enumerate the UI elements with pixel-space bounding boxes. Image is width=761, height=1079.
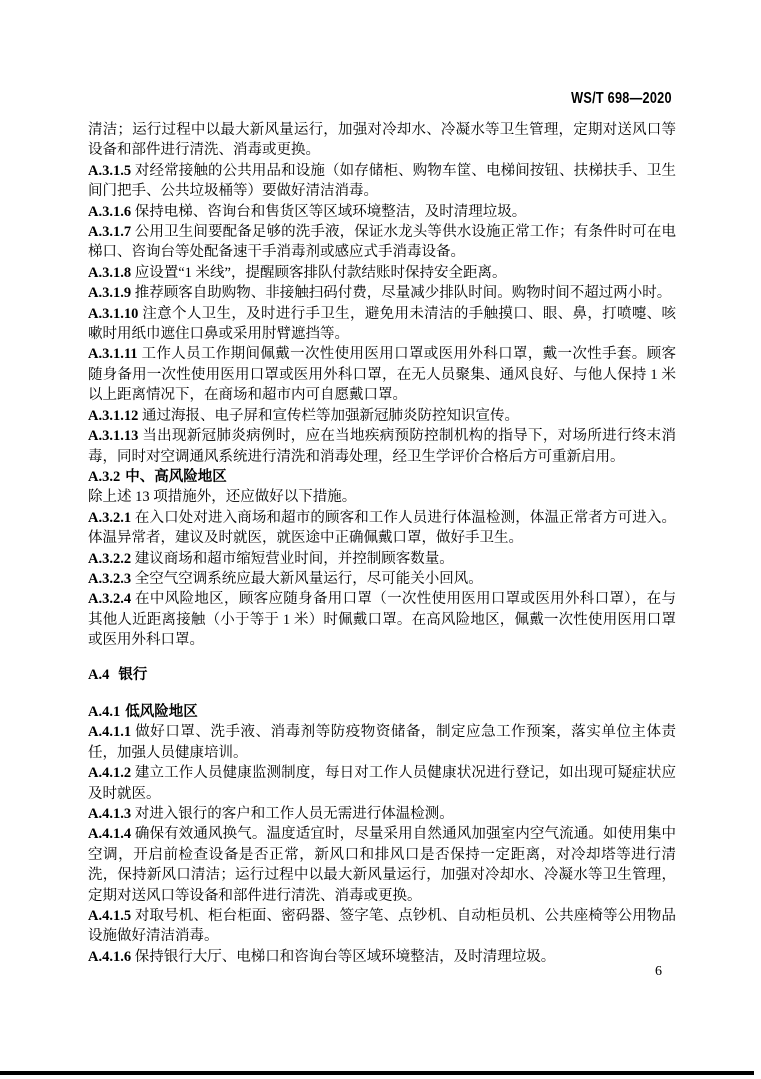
paragraph-text: 做好口罩、洗手液、消毒剂等防疫物资储备，制定应急工作预案，落实单位主体责任，加强… xyxy=(88,724,676,760)
paragraph-text: 应设置“1 米线”，提醒顾客排队付款结账时保持安全距离。 xyxy=(131,265,506,281)
paragraph: 除上述 13 项措施外，还应做好以下措施。 xyxy=(88,487,676,507)
paragraph-text: 保持电梯、咨询台和售货区等区域环境整洁，及时清理垃圾。 xyxy=(131,204,526,220)
clause-number: A.3.1.7 xyxy=(88,224,131,240)
paragraph: A.3.1.8 应设置“1 米线”，提醒顾客排队付款结账时保持安全距离。 xyxy=(88,263,676,283)
paragraph: A.4.1.1 做好口罩、洗手液、消毒剂等防疫物资储备，制定应急工作预案，落实单… xyxy=(88,722,676,763)
paragraph-text: 通过海报、电子屏和宣传栏等加强新冠肺炎防控知识宣传。 xyxy=(138,408,519,424)
document-body: 清洁；运行过程中以最大新风量运行，加强对冷却水、冷凝水等卫生管理，定期对送风口等… xyxy=(88,120,676,967)
paragraph: A.3.1.7 公用卫生间要配备足够的洗手液，保证水龙头等供水设施正常工作；有条… xyxy=(88,222,676,263)
paragraph: A.3.1.9 推荐顾客自助购物、非接触扫码付费，尽量减少排队时间。购物时间不超… xyxy=(88,283,676,303)
clause-number: A.4.1.2 xyxy=(88,765,131,781)
paragraph-text: 建议商场和超市缩短营业时间，并控制顾客数量。 xyxy=(131,551,454,567)
paragraph-text: 中、高风险地区 xyxy=(125,469,227,485)
clause-number: A.3.2.3 xyxy=(88,571,131,587)
clause-number: A.3.1.9 xyxy=(88,285,131,301)
paragraph: A.3.2.1 在入口处对进入商场和超市的顾客和工作人员进行体温检测，体温正常者… xyxy=(88,508,676,549)
clause-number: A.3.2.4 xyxy=(88,591,131,607)
paragraph-text: 注意个人卫生，及时进行手卫生，避免用未清洁的手触摸口、眼、鼻，打喷嚏、咳嗽时用纸… xyxy=(88,306,676,342)
clause-number: A.4.1.5 xyxy=(88,908,131,924)
paragraph: A.4.1.3 对进入银行的客户和工作人员无需进行体温检测。 xyxy=(88,804,676,824)
paragraph-text: 确保有效通风换气。温度适宜时，尽量采用自然通风加强室内空气流通。如使用集中空调，… xyxy=(88,826,676,903)
clause-number: A.3.1.5 xyxy=(88,163,131,179)
paragraph: A.4.1.2 建立工作人员健康监测制度，每日对工作人员健康状况进行登记，如出现… xyxy=(88,763,676,804)
paragraph: A.4.1.5 对取号机、柜台柜面、密码器、签字笔、点钞机、自动柜员机、公共座椅… xyxy=(88,906,676,947)
paragraph: A.3.1.11 工作人员工作期间佩戴一次性使用医用口罩或医用外科口罩，戴一次性… xyxy=(88,344,676,405)
paragraph-text: 低风险地区 xyxy=(125,704,198,720)
paragraph-text: 当出现新冠肺炎病例时，应在当地疾病预防控制机构的指导下，对场所进行终末消毒，同时… xyxy=(88,428,676,464)
clause-number: A.4 xyxy=(88,667,109,683)
clause-number: A.4.1.1 xyxy=(88,724,131,740)
clause-number: A.4.1.6 xyxy=(88,949,131,965)
paragraph: A.3.1.13 当出现新冠肺炎病例时，应在当地疾病预防控制机构的指导下，对场所… xyxy=(88,426,676,467)
paragraph-text: 对经常接触的公共用品和设施（如存储柜、购物车筐、电梯间按钮、扶梯扶手、卫生间门把… xyxy=(88,163,676,199)
paragraph-text: 对取号机、柜台柜面、密码器、签字笔、点钞机、自动柜员机、公共座椅等公用物品设施做… xyxy=(88,908,676,944)
paragraph-text: 推荐顾客自助购物、非接触扫码付费，尽量减少排队时间。购物时间不超过两小时。 xyxy=(131,285,671,301)
clause-number: A.3.2.1 xyxy=(88,510,131,526)
section-heading: A.4.1低风险地区 xyxy=(88,702,676,722)
paragraph-text: 在入口处对进入商场和超市的顾客和工作人员进行体温检测，体温正常者方可进入。体温异… xyxy=(88,510,676,546)
paragraph-text: 在中风险地区，顾客应随身备用口罩（一次性使用医用口罩或医用外科口罩），在与其他人… xyxy=(88,591,676,648)
page-number: 6 xyxy=(88,964,676,980)
paragraph: A.3.1.5 对经常接触的公共用品和设施（如存储柜、购物车筐、电梯间按钮、扶梯… xyxy=(88,161,676,202)
paragraph: A.4.1.4 确保有效通风换气。温度适宜时，尽量采用自然通风加强室内空气流通。… xyxy=(88,824,676,906)
paragraph: A.3.1.6 保持电梯、咨询台和售货区等区域环境整洁，及时清理垃圾。 xyxy=(88,202,676,222)
paragraph: 清洁；运行过程中以最大新风量运行，加强对冷却水、冷凝水等卫生管理，定期对送风口等… xyxy=(88,120,676,161)
clause-number: A.3.1.6 xyxy=(88,204,131,220)
paragraph-text: 保持银行大厅、电梯口和咨询台等区域环境整洁，及时清理垃圾。 xyxy=(131,949,555,965)
paragraph-text: 银行 xyxy=(118,667,147,683)
paragraph: A.3.2.3 全空气空调系统应最大新风量运行，尽可能关小回风。 xyxy=(88,569,676,589)
clause-number: A.3.2.2 xyxy=(88,551,131,567)
paragraph: A.3.1.12 通过海报、电子屏和宣传栏等加强新冠肺炎防控知识宣传。 xyxy=(88,406,676,426)
clause-number: A.3.1.11 xyxy=(88,346,138,362)
paragraph-text: 全空气空调系统应最大新风量运行，尽可能关小回风。 xyxy=(131,571,483,587)
section-heading: A.4银行 xyxy=(88,665,676,685)
paragraph-text: 工作人员工作期间佩戴一次性使用医用口罩或医用外科口罩，戴一次性手套。顾客随身备用… xyxy=(88,346,676,403)
clause-number: A.3.1.12 xyxy=(88,408,138,424)
paragraph-text: 对进入银行的客户和工作人员无需进行体温检测。 xyxy=(131,806,454,822)
scan-artifact-line xyxy=(0,1071,754,1075)
clause-number: A.3.2 xyxy=(88,469,120,485)
section-heading: A.3.2中、高风险地区 xyxy=(88,467,676,487)
paragraph-text: 建立工作人员健康监测制度，每日对工作人员健康状况进行登记，如出现可疑症状应及时就… xyxy=(88,765,676,801)
clause-number: A.3.1.8 xyxy=(88,265,131,281)
clause-number: A.3.1.10 xyxy=(88,306,138,322)
document-page: WS/T 698—2020 清洁；运行过程中以最大新风量运行，加强对冷却水、冷凝… xyxy=(0,0,761,1079)
clause-number: A.4.1.4 xyxy=(88,826,131,842)
paragraph-text: 公用卫生间要配备足够的洗手液，保证水龙头等供水设施正常工作；有条件时可在电梯口、… xyxy=(88,224,676,260)
standard-code-header: WS/T 698—2020 xyxy=(571,90,672,108)
paragraph: A.3.1.10 注意个人卫生，及时进行手卫生，避免用未清洁的手触摸口、眼、鼻，… xyxy=(88,304,676,345)
paragraph: A.3.2.2 建议商场和超市缩短营业时间，并控制顾客数量。 xyxy=(88,549,676,569)
clause-number: A.3.1.13 xyxy=(88,428,138,444)
paragraph: A.3.2.4 在中风险地区，顾客应随身备用口罩（一次性使用医用口罩或医用外科口… xyxy=(88,589,676,650)
clause-number: A.4.1 xyxy=(88,704,120,720)
clause-number: A.4.1.3 xyxy=(88,806,131,822)
